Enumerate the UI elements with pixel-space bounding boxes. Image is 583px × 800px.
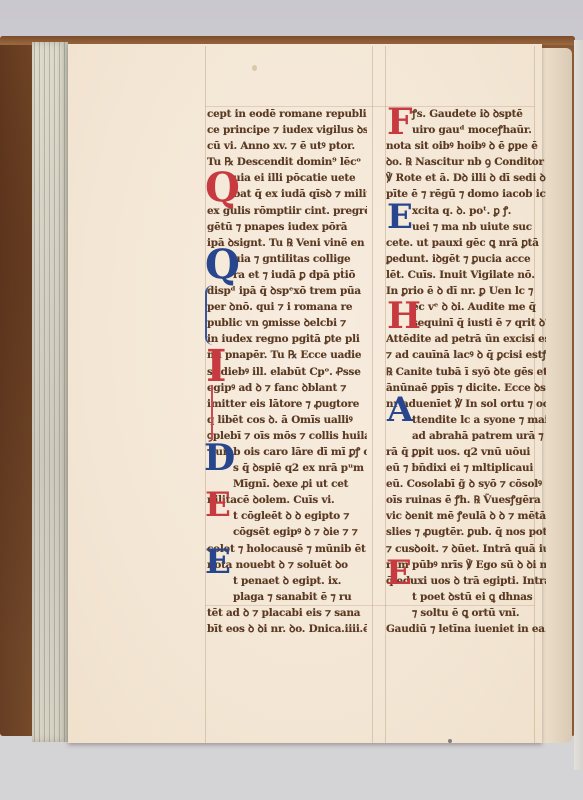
decorated-initial-e-blue: E xyxy=(387,200,413,234)
text-line: cū vi. Anno xv. ⁊ ē utꝰ ptor. xyxy=(207,138,367,154)
text-line: per ꝺnō. qui ⁊ i romana re xyxy=(207,299,367,315)
page-stack-edge xyxy=(32,42,68,742)
text-line: Gaudiū ⁊ letīna iueniet in ea. xyxy=(386,621,546,637)
text-line: t penaet ꝺ egipt. ix. xyxy=(207,573,367,589)
decorated-initial-d-blue: D xyxy=(204,440,235,476)
text-line: t cōgleēt ꝺ ꝺ egipto ⁊ xyxy=(207,508,367,524)
ruling-line xyxy=(372,46,373,743)
decorated-initial-h-red: H xyxy=(387,298,421,334)
text-line: oīs ruinas ē ꝭh. ℞ Ṽuesꝭgēra xyxy=(386,492,546,508)
decorated-initial-i-red: I xyxy=(206,345,227,389)
text-line: cete. ut pauxi gēc ꝗ nrā ꝑtā xyxy=(386,235,546,251)
book-photograph: cept in eodē romane republi ce principe … xyxy=(0,0,583,800)
text-line: ꝺo. ℞ Nascitur nb ꝯ Conditor xyxy=(386,154,546,170)
decorated-initial-q-red: Q xyxy=(205,168,240,208)
text-line: mi pnapēr. Tu ℞ Ecce uadie xyxy=(207,347,367,363)
decorated-initial-e-blue: E xyxy=(205,545,231,579)
text-line: lēt. Cuīs. Inuit Vigilate nō. xyxy=(386,267,546,283)
text-line: slies ⁊ ꝓugtēr. ꝑub. q̄ nos potē xyxy=(386,524,546,540)
text-line: nota nouebt ꝺ ⁊ soluēt ꝺo xyxy=(207,557,367,573)
text-line: eū ⁊ bn̄dixi ei ⁊ mltiplicaui xyxy=(386,460,546,476)
text-line: cept in eodē romane republi xyxy=(207,106,367,122)
decorated-initial-e-red: E xyxy=(205,488,231,522)
text-line: bīt eos ꝺ ꝺi nr. ꝺo. Dnica.iiii.ēa xyxy=(207,621,367,637)
text-line: ad abrahā patrem urā ⁊ sa xyxy=(386,428,546,444)
text-line: in iudex regno pgitā ꝑte pli xyxy=(207,331,367,347)
text-line: egipꝰ ad ꝺ ⁊ fanc ꝺblant ⁊ xyxy=(207,380,367,396)
initial-flourish xyxy=(211,385,213,440)
text-line: imitter eis lātore ⁊ ꝓugtore xyxy=(207,396,367,412)
decorated-initial-q-blue: Q xyxy=(205,245,240,285)
text-line: vic ꝺenit mē ꝭeulā ꝺ ꝺ ⁊ mētā ulꝰ xyxy=(386,508,546,524)
decorated-initial-a-blue: A xyxy=(387,393,413,427)
text-line: plaga ⁊ sanabit ē ⁊ ru xyxy=(207,589,367,605)
facing-page-edge xyxy=(574,40,583,770)
decorated-initial-e-red: E xyxy=(386,556,412,590)
text-line: tēt ad ꝺ ⁊ placabi eis ⁊ sana xyxy=(207,605,367,621)
text-line: ℞ Canite tubā ī syō ꝺte gēs et xyxy=(386,364,546,380)
text-line: eū. Cosolabī g̃ ꝺ syō ⁊ cōsolꝰ xyxy=(386,476,546,492)
page-blemish xyxy=(252,65,257,71)
text-line: gētū ⁊ pnapes iudex pōrā xyxy=(207,219,367,235)
text-line: public vn ꝯmisse ꝺelcbi ⁊ xyxy=(207,315,367,331)
text-line: ℣ Rote et ā. Dꝺ illi ꝺ dī sedi ꝺ xyxy=(386,170,546,186)
page-curl xyxy=(542,48,572,743)
initial-flourish xyxy=(205,285,215,345)
text-line: ⁊ soltu ē ꝗ ortū vnī. xyxy=(386,605,546,621)
text-line: st diebꝰ ill. elabūt Cpᵒ. Ꝓsse xyxy=(207,364,367,380)
page-blemish xyxy=(448,739,452,743)
ruling-line xyxy=(205,46,206,743)
text-line: q libēt cos ꝺ. ā Omīs ualliꝰ xyxy=(207,412,367,428)
text-line: colet ⁊ holocausē ⁊ mūnib ēt xyxy=(207,541,367,557)
text-line: ⁊ ad cauīnā lacꝰ ꝺ q̄ ꝑcisi estꝭ h xyxy=(386,347,546,363)
text-line: rā q̄ ꝑpit uos. q2 vnū uōui xyxy=(386,444,546,460)
decorated-initial-f-red: F xyxy=(387,104,413,140)
text-line: nilitacē ꝺolem. Cuīs vi. xyxy=(207,492,367,508)
text-line: ce principe ⁊ iudex vigilus ꝺsignā xyxy=(207,122,367,138)
text-line: cōgsēt egipꝰ ꝺ ⁊ ꝺie ⁊ ⁊ xyxy=(207,524,367,540)
text-line: ꝑedunt. iꝺgēt ⁊ ꝑucia acce xyxy=(386,251,546,267)
